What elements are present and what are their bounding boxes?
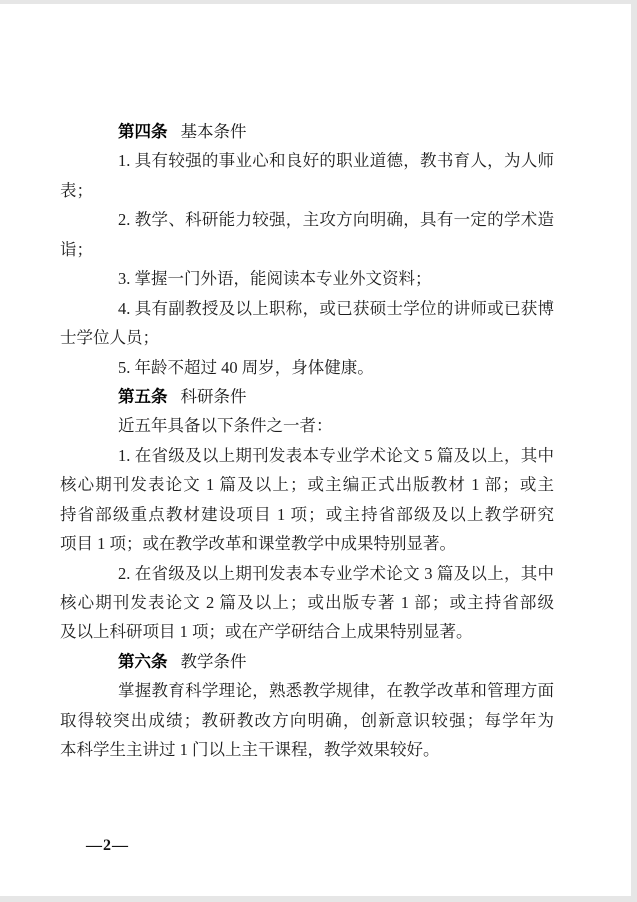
text-line: 核心期刊发表论文 2 篇及以上；或出版专著 1 部；或主持省部级 [60, 588, 554, 617]
scanned-page-viewport: 第四条基本条件1. 具有较强的事业心和良好的职业道德，教书育人，为人师表；2. … [0, 0, 637, 902]
text-line: 持省部级重点教材建设项目 1 项；或主持省部级及以上教学研究 [60, 500, 554, 529]
text-line: 1. 具有较强的事业心和良好的职业道德，教书育人，为人师 [60, 146, 554, 175]
article-title: 基本条件 [181, 122, 247, 141]
document-page: 第四条基本条件1. 具有较强的事业心和良好的职业道德，教书育人，为人师表；2. … [0, 4, 631, 896]
text-line: 表； [60, 176, 554, 205]
text-line: 本科学生主讲过 1 门以上主干课程，教学效果较好。 [60, 735, 554, 764]
text-line: 取得较突出成绩；教研教改方向明确，创新意识较强；每学年为 [60, 706, 554, 735]
text-line: 1. 在省级及以上期刊发表本专业学术论文 5 篇及以上，其中 [60, 441, 554, 470]
text-line: 4. 具有副教授及以上职称，或已获硕士学位的讲师或已获博 [60, 294, 554, 323]
text-line: 近五年具备以下条件之一者： [60, 411, 554, 440]
article-number: 第四条 [118, 122, 168, 141]
text-line: 核心期刊发表论文 1 篇及以上；或主编正式出版教材 1 部；或主 [60, 470, 554, 499]
text-line: 及以上科研项目 1 项；或在产学研结合上成果特别显著。 [60, 617, 554, 646]
text-line: 2. 在省级及以上期刊发表本专业学术论文 3 篇及以上，其中 [60, 559, 554, 588]
article-number: 第六条 [118, 652, 168, 671]
article-heading: 第六条教学条件 [60, 647, 554, 676]
article-heading: 第四条基本条件 [60, 117, 554, 146]
article-title: 科研条件 [181, 387, 247, 406]
article-heading: 第五条科研条件 [60, 382, 554, 411]
article-number: 第五条 [118, 387, 168, 406]
document-body: 第四条基本条件1. 具有较强的事业心和良好的职业道德，教书育人，为人师表；2. … [60, 117, 554, 765]
text-line: 5. 年龄不超过 40 周岁，身体健康。 [60, 353, 554, 382]
text-line: 项目 1 项；或在教学改革和课堂教学中成果特别显著。 [60, 529, 554, 558]
text-line: 3. 掌握一门外语，能阅读本专业外文资料； [60, 264, 554, 293]
page-number: —2— [86, 837, 129, 855]
text-line: 2. 教学、科研能力较强，主攻方向明确，具有一定的学术造 [60, 205, 554, 234]
text-line: 诣； [60, 235, 554, 264]
text-line: 掌握教育科学理论，熟悉教学规律，在教学改革和管理方面 [60, 676, 554, 705]
article-title: 教学条件 [181, 652, 247, 671]
text-line: 士学位人员； [60, 323, 554, 352]
